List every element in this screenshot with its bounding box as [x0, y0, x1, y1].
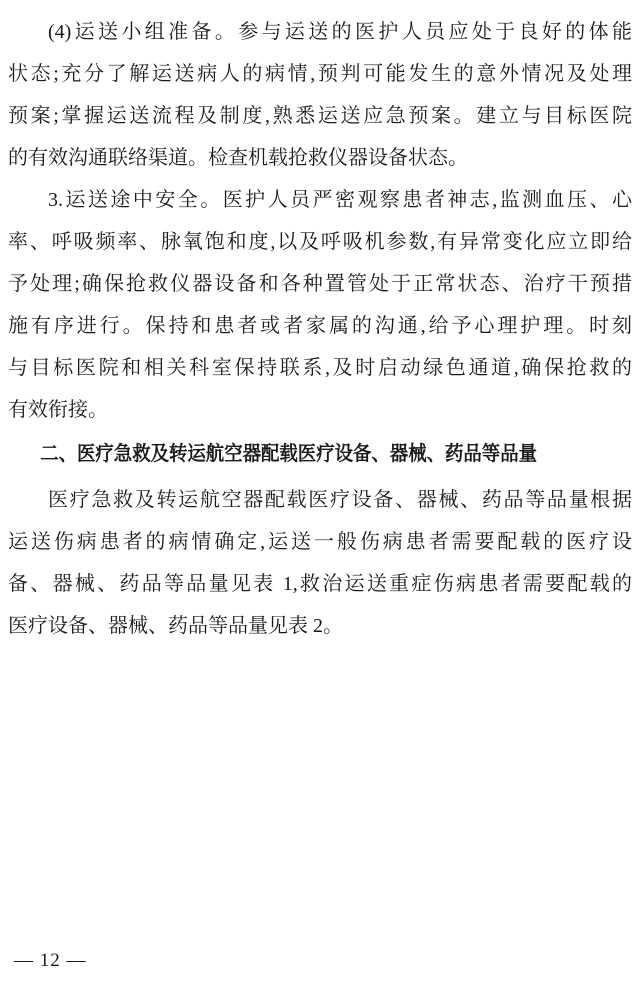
text-line: 与目标医院和相关科室保持联系,及时启动绿色通道,确保抢救的 [8, 347, 632, 389]
text-line: (4)运送小组准备。参与运送的医护人员应处于良好的体能 [8, 11, 632, 53]
paragraph: 3.运送途中安全。医护人员严密观察患者神志,监测血压、心率、呼吸频率、脉氧饱和度… [8, 179, 632, 431]
text-line: 二、医疗急救及转运航空器配载医疗设备、器械、药品等品量 [8, 433, 582, 475]
text-line: 预案;掌握运送流程及制度,熟悉运送应急预案。建立与目标医院 [8, 95, 632, 137]
text-line: 施有序进行。保持和患者或者家属的沟通,给予心理护理。时刻 [8, 305, 632, 347]
text-line: 状态;充分了解运送病人的病情,预判可能发生的意外情况及处理 [8, 53, 632, 95]
paragraph: 医疗急救及转运航空器配载医疗设备、器械、药品等品量根据运送伤病患者的病情确定,运… [8, 479, 632, 647]
text-line: 3.运送途中安全。医护人员严密观察患者神志,监测血压、心 [8, 179, 632, 221]
text-line: 医疗设备、器械、药品等品量见表 2。 [8, 605, 632, 647]
page-number: — 12 — [14, 950, 87, 971]
text-line: 有效衔接。 [8, 389, 632, 431]
section-heading: 二、医疗急救及转运航空器配载医疗设备、器械、药品等品量 [8, 433, 632, 475]
text-line: 医疗急救及转运航空器配载医疗设备、器械、药品等品量根据 [8, 479, 632, 521]
document-body: (4)运送小组准备。参与运送的医护人员应处于良好的体能状态;充分了解运送病人的病… [0, 0, 640, 647]
paragraph: (4)运送小组准备。参与运送的医护人员应处于良好的体能状态;充分了解运送病人的病… [8, 11, 632, 179]
text-line: 予处理;确保抢救仪器设备和各种置管处于正常状态、治疗干预措 [8, 263, 632, 305]
text-line: 率、呼吸频率、脉氧饱和度,以及呼吸机参数,有异常变化应立即给 [8, 221, 632, 263]
text-line: 的有效沟通联络渠道。检查机载抢救仪器设备状态。 [8, 137, 632, 179]
text-line: 备、器械、药品等品量见表 1,救治运送重症伤病患者需要配载的 [8, 563, 632, 605]
page-footer: — 12 — [14, 948, 87, 974]
document-page: { "page": { "colors": { "background": "#… [0, 0, 640, 1003]
text-line: 运送伤病患者的病情确定,运送一般伤病患者需要配载的医疗设 [8, 521, 632, 563]
